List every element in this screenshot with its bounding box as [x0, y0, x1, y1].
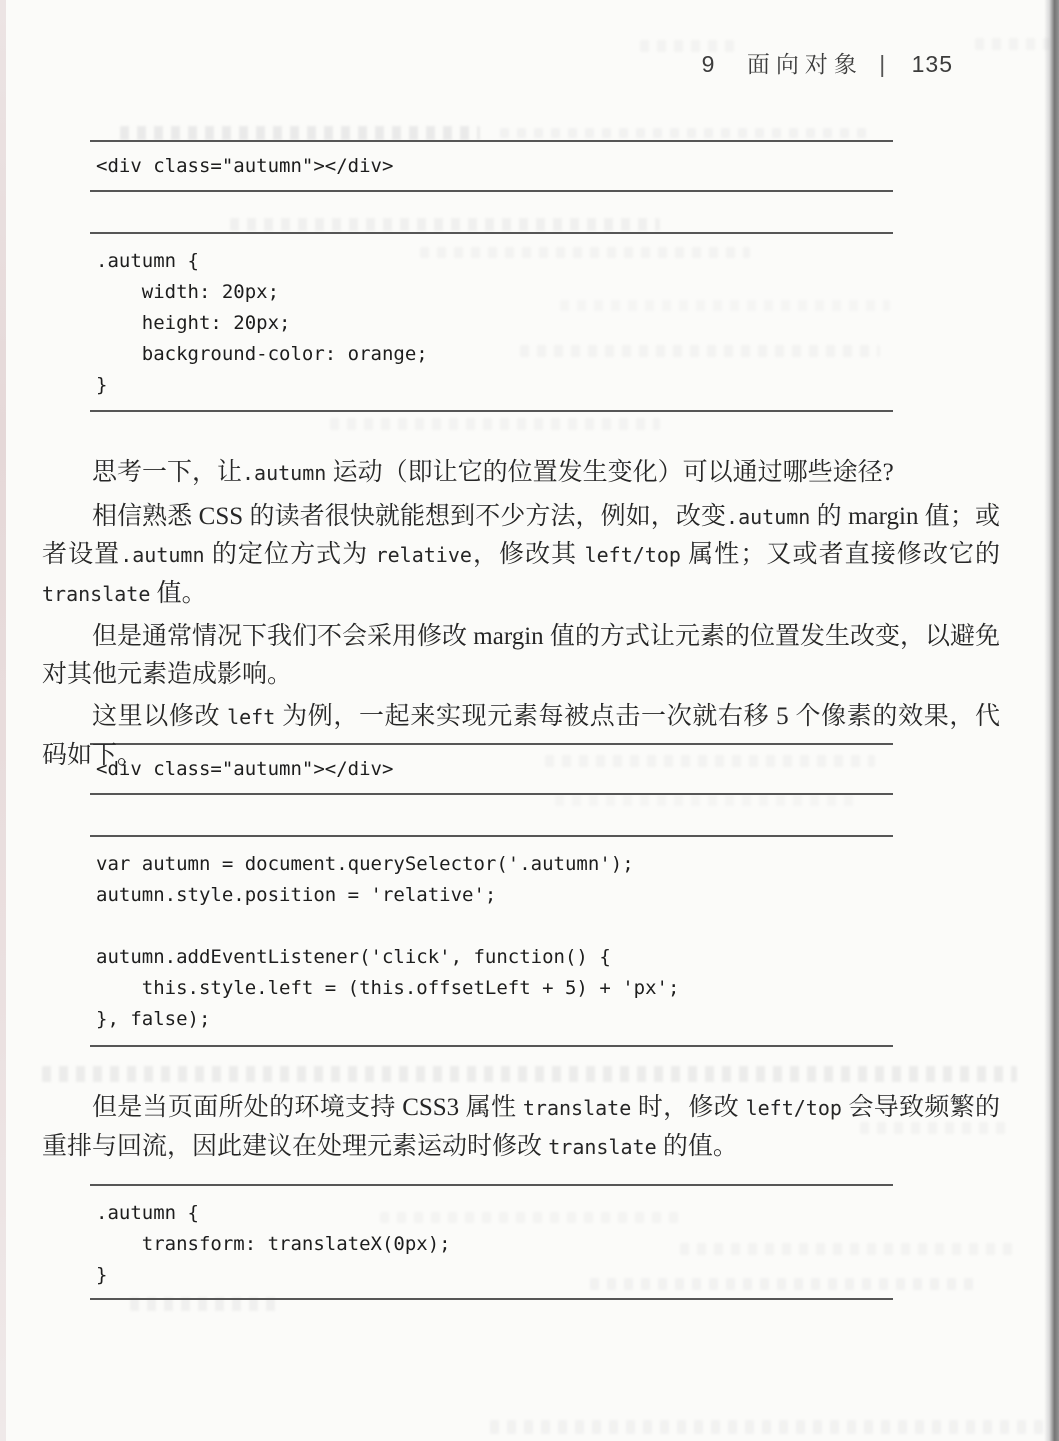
code-line: transform: translateX(0px);: [96, 1229, 893, 1260]
paragraph: 但是当页面所处的环境支持 CSS3 属性 translate 时，修改 left…: [42, 1089, 1000, 1166]
text-segment: margin: [473, 623, 543, 650]
bleed-through-artifact: [330, 418, 660, 430]
code-line: this.style.left = (this.offsetLeft + 5) …: [96, 973, 893, 1004]
text-segment: 的定位方式为: [205, 541, 376, 568]
text-segment: 这里以修改: [92, 703, 227, 730]
body-text-block-1: 思考一下，让.autumn 运动（即让它的位置发生变化）可以通过哪些途径? 相信…: [42, 454, 1000, 779]
text-segment: ，修改其: [472, 541, 585, 568]
code-block-css-1: .autumn { width: 20px; height: 20px; bac…: [90, 232, 893, 412]
bleed-through-artifact: [42, 1066, 1017, 1082]
text-segment: 但是当页面所处的环境支持: [92, 1094, 402, 1121]
bleed-through-artifact: [975, 38, 1050, 50]
text-segment: 的值。: [657, 1133, 738, 1160]
text-segment: 属性；又或者直接修改它的: [681, 541, 1000, 568]
code-block-js-1: var autumn = document.querySelector('.au…: [90, 835, 893, 1047]
bleed-through-artifact: [230, 218, 660, 231]
text-segment: 的: [810, 503, 848, 530]
inline-code: .autumn: [120, 543, 204, 567]
code-line: .autumn {: [96, 1198, 893, 1229]
paragraph: 但是通常情况下我们不会采用修改 margin 值的方式让元素的位置发生改变，以避…: [42, 618, 1000, 693]
page-header: 9 面向对象 | 135: [0, 46, 953, 79]
inline-code: left/top: [746, 1096, 842, 1120]
paragraph: 这里以修改 left 为例，一起来实现元素每被点击一次就右移 5 个像素的效果，…: [42, 698, 1000, 774]
inline-code: translate: [548, 1135, 656, 1159]
text-segment: 属性: [459, 1094, 523, 1121]
text-segment: margin: [848, 503, 918, 530]
header-separator: |: [879, 51, 885, 77]
inline-code: .autumn: [242, 461, 326, 485]
inline-code: relative: [376, 543, 472, 567]
text-segment: 时，修改: [631, 1094, 745, 1121]
bleed-through-artifact: [555, 795, 855, 806]
inline-code: left/top: [585, 543, 681, 567]
bleed-through-artifact: [490, 1420, 1050, 1434]
code-line: .autumn {: [96, 246, 893, 277]
inline-code: translate: [523, 1096, 631, 1120]
text-segment: CSS3: [402, 1094, 459, 1121]
code-line: height: 20px;: [96, 308, 893, 339]
inline-code: translate: [42, 582, 150, 606]
text-segment: 的读者很快就能想到不少方法，例如，改变: [243, 503, 726, 530]
paragraph: 思考一下，让.autumn 运动（即让它的位置发生变化）可以通过哪些途径?: [42, 454, 1000, 493]
page-left-edge: [0, 0, 6, 1441]
text-segment: 值。: [150, 580, 206, 607]
code-line: <div class="autumn"></div>: [96, 151, 893, 182]
code-line: width: 20px;: [96, 277, 893, 308]
body-text-block-2: 但是当页面所处的环境支持 CSS3 属性 translate 时，修改 left…: [42, 1089, 1000, 1171]
scanned-book-page: { "header": { "chapter_number": "9", "ch…: [0, 0, 1059, 1441]
chapter-number: 9: [702, 51, 715, 77]
text-segment: 相信熟悉: [92, 503, 199, 530]
page-right-edge: [1044, 0, 1059, 1441]
bleed-through-artifact: [500, 128, 870, 138]
chapter-title: 面向对象: [747, 51, 863, 77]
paragraph: 相信熟悉 CSS 的读者很快就能想到不少方法，例如，改变.autumn 的 ma…: [42, 498, 1000, 614]
inline-code: left: [227, 705, 275, 729]
inline-code: .autumn: [726, 505, 810, 529]
code-line: autumn.style.position = 'relative';: [96, 880, 893, 911]
page-number: 135: [912, 51, 953, 77]
code-line: autumn.addEventListener('click', functio…: [96, 942, 893, 973]
code-line: }: [96, 370, 893, 401]
code-line: }, false);: [96, 1004, 893, 1035]
code-line: var autumn = document.querySelector('.au…: [96, 849, 893, 880]
code-block-html-1: <div class="autumn"></div>: [90, 140, 893, 192]
code-line: [96, 911, 893, 942]
code-line: }: [96, 1260, 893, 1291]
text-segment: CSS: [199, 503, 243, 530]
text-segment: 运动（即让它的位置发生变化）可以通过哪些途径?: [326, 459, 893, 486]
code-line: background-color: orange;: [96, 339, 893, 370]
code-block-css-2: .autumn { transform: translateX(0px);}: [90, 1184, 893, 1300]
text-segment: 思考一下，让: [92, 459, 242, 486]
bleed-through-artifact: [120, 126, 480, 140]
text-segment: 但是通常情况下我们不会采用修改: [92, 623, 473, 650]
